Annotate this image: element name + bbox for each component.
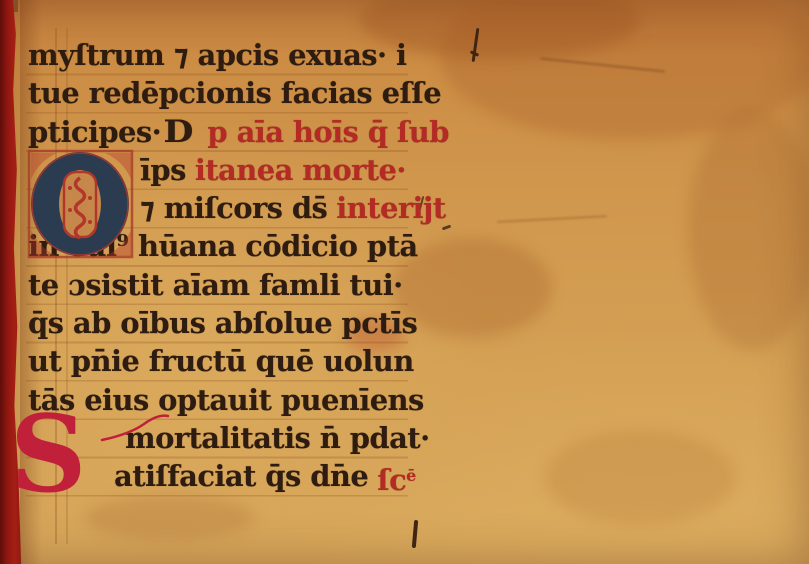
- crease-line: [497, 215, 607, 223]
- text-line: pticipes·Dp aīa hoīs q̄ ſub: [28, 113, 420, 151]
- ink-mark: [472, 28, 480, 62]
- initial-s-flourish: [100, 414, 170, 444]
- stain: [440, 0, 809, 140]
- body-text: tue redēpcionis facias eſſe: [28, 76, 441, 110]
- ink-mark: [412, 520, 418, 548]
- text-line: ut pn̄ie fructū quē uolun: [28, 342, 420, 380]
- text-line: q̄s ab oībus abſolue pctīs: [28, 304, 420, 342]
- rubric-text: p aīa hoīs q̄ ſub: [207, 115, 449, 149]
- text-line: myſtrum ⁊ apcis exuas· i: [28, 36, 420, 74]
- body-text: q̄s ab oībus abſolue pctīs: [28, 306, 417, 340]
- body-text: ⁊ miſcors ds̄: [140, 191, 327, 225]
- body-text: te ɔsistit aīam famli tui·: [28, 268, 403, 302]
- text-line: tue redēpcionis facias eſſe: [28, 74, 420, 112]
- text-line: te ɔsistit aīam famli tui·: [28, 266, 420, 304]
- rubric-text: itanea morte·: [195, 153, 406, 187]
- paraph-mark: D: [164, 113, 193, 151]
- body-text: myſtrum ⁊ apcis exuas· i: [28, 38, 406, 72]
- stain: [688, 110, 809, 350]
- rubric-text: interijt: [336, 191, 445, 225]
- rubric-text: ſcē: [377, 463, 415, 497]
- body-text: mortalitatis n̄ pdat·: [125, 421, 430, 455]
- superscript-abbreviation: ē: [406, 466, 416, 485]
- crease-line: [540, 57, 665, 72]
- body-text: īps: [140, 153, 186, 187]
- body-text: pticipes·: [28, 115, 161, 149]
- body-text: atiſfaciat q̄s dn̄e: [114, 459, 368, 493]
- manuscript-page-photo: myſtrum ⁊ apcis exuas· itue redēpcionis …: [0, 0, 809, 564]
- initial-o-graphic: [26, 148, 138, 262]
- stain: [545, 430, 735, 525]
- illuminated-initial-o: [26, 148, 138, 262]
- body-text: ut pn̄ie fructū quē uolun: [28, 344, 414, 378]
